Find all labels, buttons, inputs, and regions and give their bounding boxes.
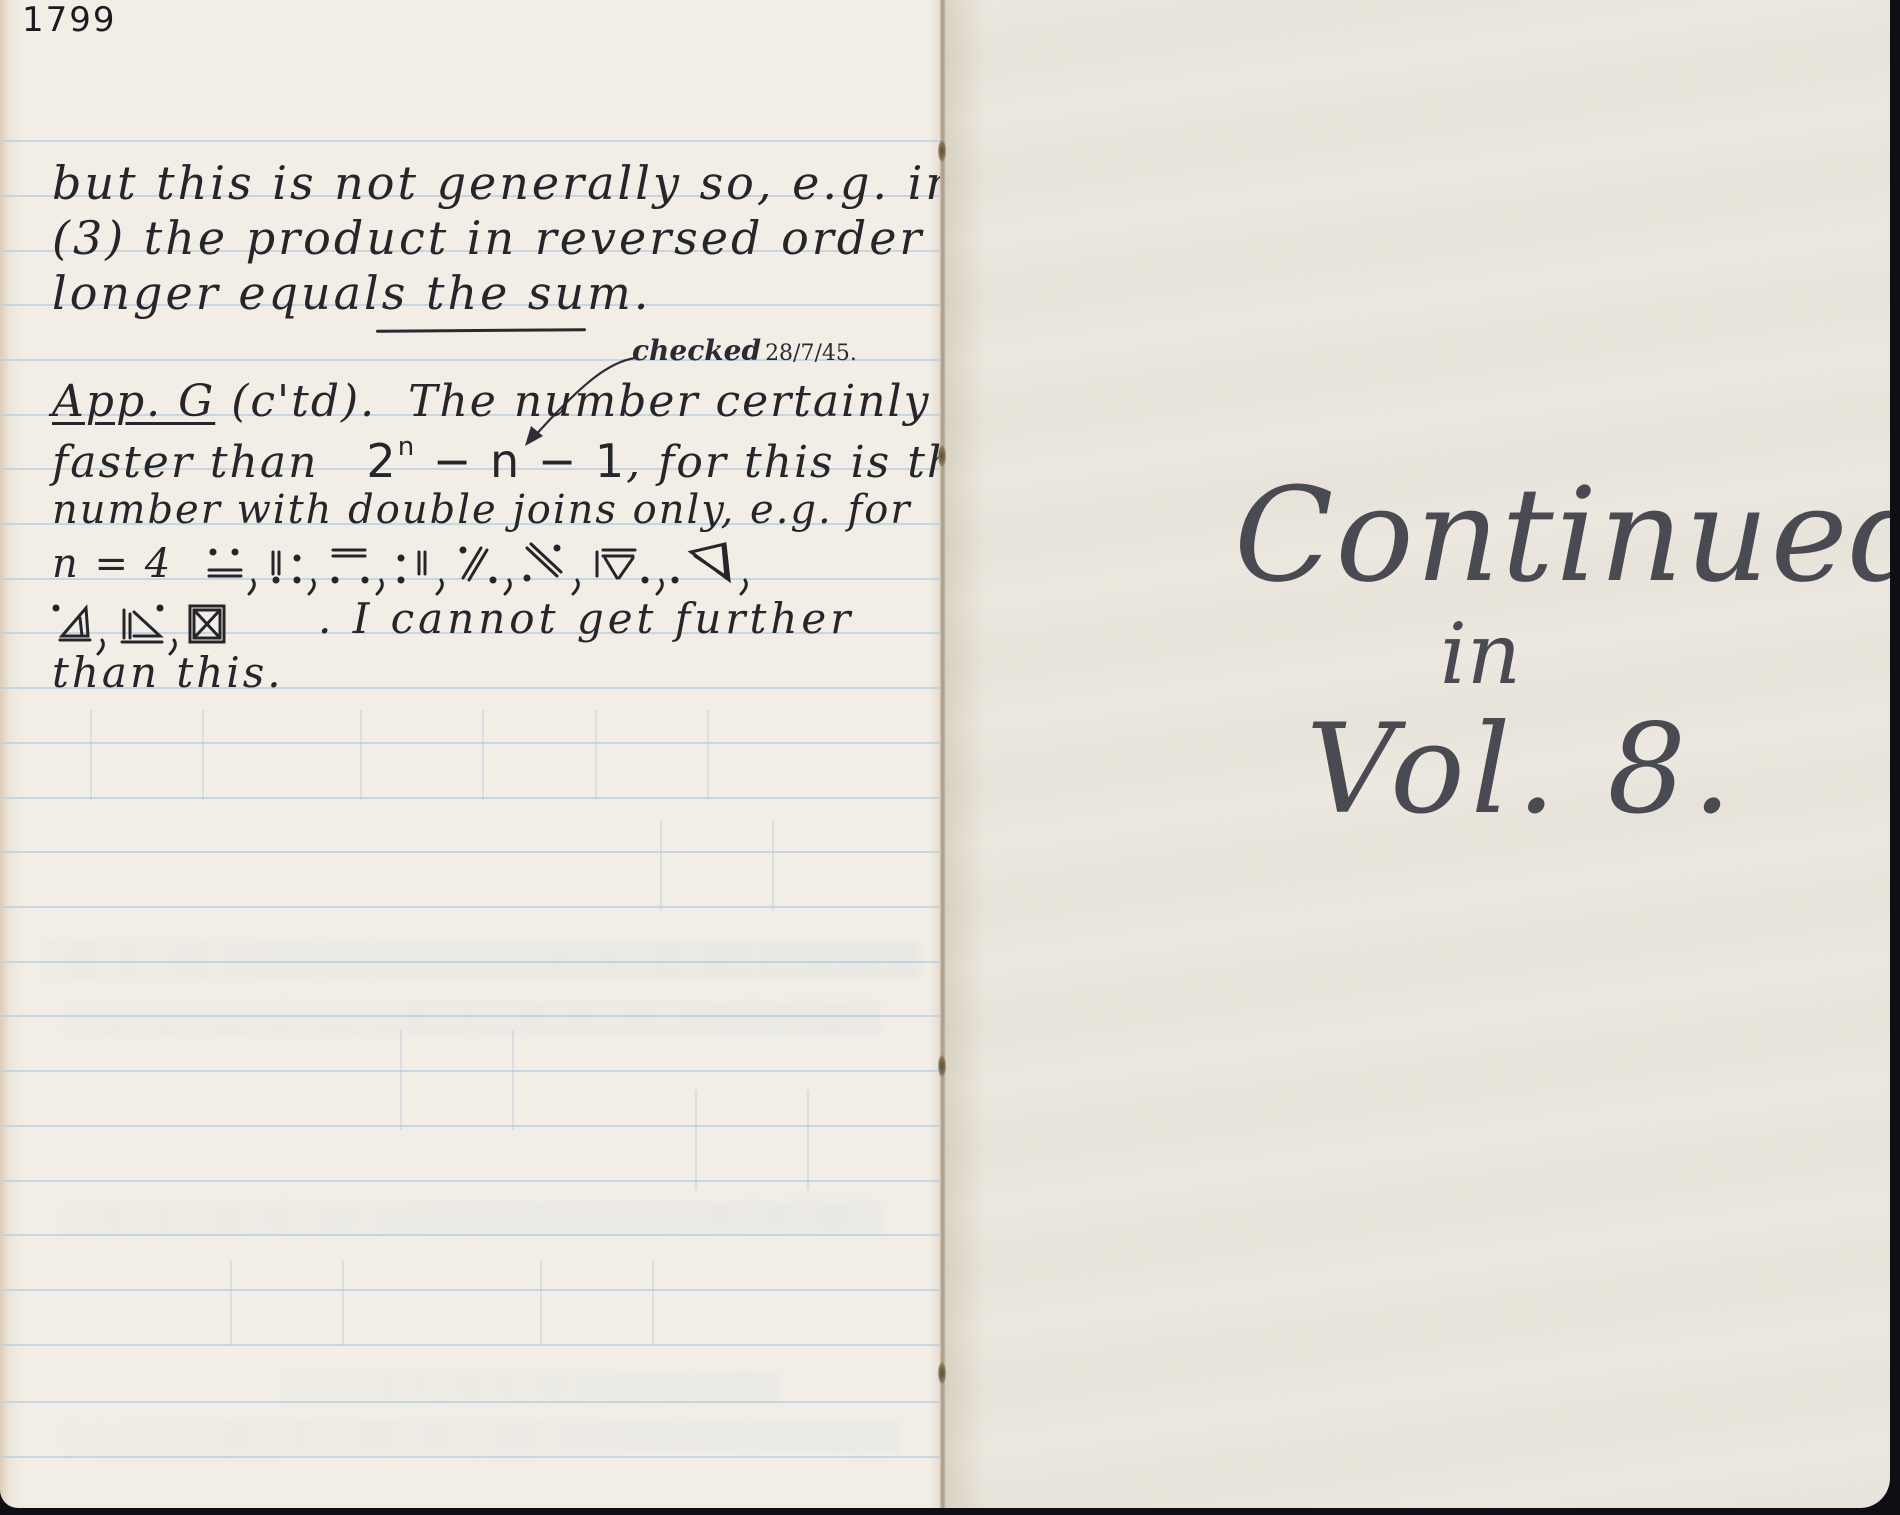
show-through-text (60, 1000, 880, 1036)
text-line: number with double joins only, e.g. for (52, 490, 911, 530)
text-line: n = 4 (52, 544, 172, 584)
continued-heading: Continued (1234, 470, 1890, 600)
left-page: 1799 but this is not generally so, e.g. … (0, 0, 943, 1508)
diagram-5 (461, 548, 495, 582)
text-fragment: The number certainly increases (408, 376, 943, 427)
diagram-10 (122, 606, 162, 642)
annotation-date: 28/7/45. (765, 341, 857, 366)
page-number: 1799 (22, 0, 117, 40)
text-fragment: n = 4 (52, 541, 172, 587)
text-fragment: faster than (52, 437, 318, 488)
show-through-matrix (660, 820, 774, 910)
ruled-line (0, 1456, 943, 1458)
text-line: (3) the product in reversed order no (52, 215, 943, 261)
appendix-heading: App. G (52, 376, 215, 427)
diagram-8 (673, 544, 729, 582)
text-line: faster than 2n − n − 1, for this is the (52, 434, 943, 485)
formula-rest: − n − 1 (433, 434, 626, 488)
staple (938, 1055, 946, 1077)
ruled-line (0, 1344, 943, 1346)
show-through-matrix (595, 710, 709, 800)
diagram-2 (273, 552, 299, 582)
notebook-spread: 1799 but this is not generally so, e.g. … (0, 0, 1900, 1515)
text-line: App. G (c'td). The number certainly incr… (52, 380, 943, 424)
show-through-matrix (360, 710, 484, 800)
show-through-text (40, 940, 920, 980)
show-through-matrix (90, 710, 204, 800)
formula-exponent: n (398, 432, 416, 462)
diagram-7 (597, 550, 647, 582)
show-through-text (60, 1200, 880, 1236)
ruled-line (0, 906, 943, 908)
show-through-matrix (695, 1090, 809, 1190)
text-line: longer equals the sum. (52, 270, 651, 316)
text-line: but this is not generally so, e.g. in (52, 160, 943, 206)
show-through-text (280, 1370, 780, 1404)
ruled-line (0, 140, 943, 142)
annotation-word: checked (632, 334, 761, 367)
ruled-line (0, 1289, 943, 1291)
right-page: Continued in Vol. 8. (946, 0, 1890, 1508)
ruled-line (0, 851, 943, 853)
diagram-3 (333, 550, 367, 582)
text-line: . I cannot get further (318, 598, 854, 640)
show-through-text (60, 1420, 900, 1454)
show-through-matrix (540, 1260, 654, 1345)
diagram-11 (190, 606, 224, 642)
staple (938, 140, 946, 162)
formula-base: 2 (366, 434, 397, 488)
staple (938, 445, 946, 467)
section-divider (376, 328, 586, 332)
text-fragment: , for this is the (626, 437, 943, 488)
show-through-matrix (400, 1030, 514, 1130)
continued-in: in (1440, 612, 1521, 696)
diagram-1 (209, 550, 241, 576)
volume-reference: Vol. 8. (1306, 708, 1738, 832)
diagram-9 (54, 606, 90, 640)
staple (938, 1362, 946, 1384)
checked-annotation: checked28/7/45. (632, 334, 857, 367)
formula: 2n − n − 1 (366, 434, 626, 488)
diagram-4 (399, 552, 425, 582)
show-through-matrix (230, 1260, 344, 1345)
appendix-heading-suffix: (c'td). (231, 376, 376, 427)
text-line: than this. (52, 652, 284, 694)
diagram-6 (525, 544, 561, 580)
